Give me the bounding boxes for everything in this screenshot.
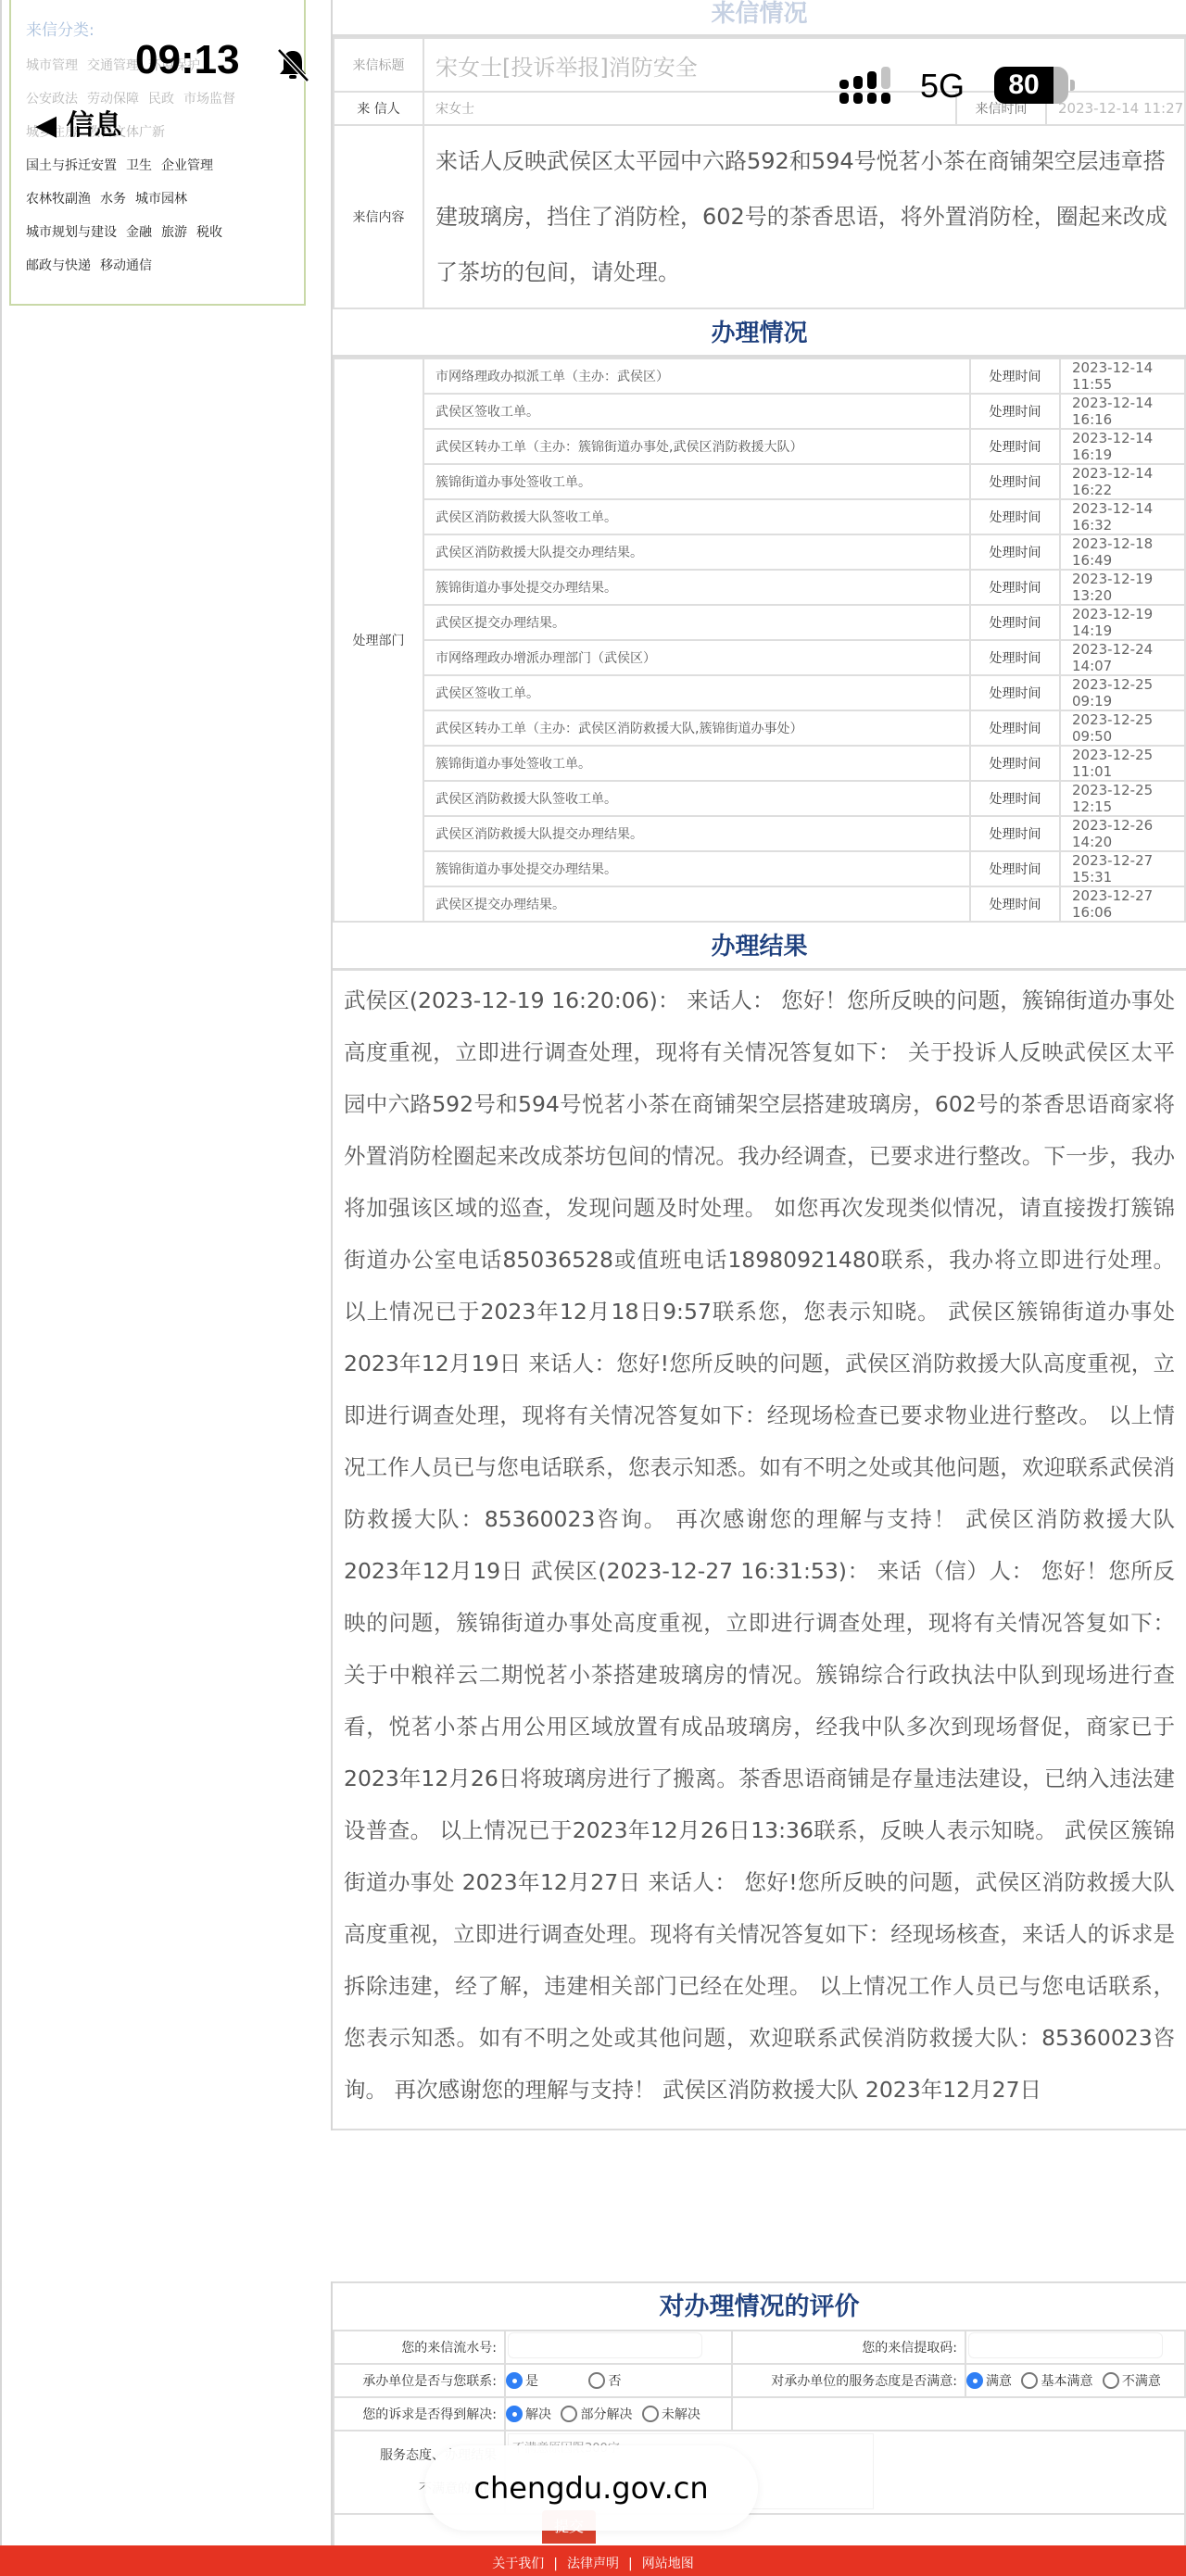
network-type: 5G [920,67,965,106]
table-row: 武侯区消防救援大队提交办理结果。处理时间2023-12-26 14:20 [334,816,1185,851]
process-time: 2023-12-25 09:50 [1060,710,1185,746]
category-link[interactable]: 卫生 [126,158,152,173]
process-time: 2023-12-19 13:20 [1060,570,1185,605]
footer-link-legal[interactable]: 法律声明 [567,2557,619,2571]
evaluation-title: 对办理情况的评价 [333,2281,1186,2330]
footer-link-sitemap[interactable]: 网站地图 [642,2557,694,2571]
table-row: 簇锦街道办事处签收工单。处理时间2023-12-25 11:01 [334,746,1185,781]
process-time-label: 处理时间 [970,816,1060,851]
process-time: 2023-12-14 16:32 [1060,499,1185,534]
serial-input[interactable] [508,2332,702,2358]
letter-section-title: 来信情况 [333,0,1186,37]
category-link[interactable]: 民政 [148,92,174,107]
signal-icon [839,67,904,106]
letter-content-label: 来信内容 [334,125,423,308]
code-input[interactable] [968,2332,1163,2358]
process-time: 2023-12-27 15:31 [1060,851,1185,886]
table-row: 武侯区签收工单。处理时间2023-12-25 09:19 [334,675,1185,710]
process-desc: 武侯区提交办理结果。 [423,886,970,922]
footer: 关于我们|法律声明|网站地图 [0,2545,1186,2576]
process-desc: 簇锦街道办事处签收工单。 [423,746,970,781]
resolved-label: 您的诉求是否得到解决: [334,2397,505,2431]
dept-label: 处理部门 [334,358,423,922]
process-time: 2023-12-24 14:07 [1060,640,1185,675]
attitude-unsatisfied-label: 不满意 [1122,2374,1161,2389]
resolved-partial-label: 部分解决 [580,2407,632,2422]
process-time: 2023-12-25 12:15 [1060,781,1185,816]
process-desc: 武侯区消防救援大队签收工单。 [423,499,970,534]
table-row: 武侯区签收工单。处理时间2023-12-14 16:16 [334,394,1185,429]
battery-tip [1070,80,1075,91]
left-column: 来信分类: 城市管理交通管理环境保护 公安政法劳动保障民政市场监督 城乡住房教科… [0,0,331,2545]
browser-url-bar[interactable]: chengdu.gov.cn [424,2445,758,2531]
attitude-basic-label: 基本满意 [1041,2374,1092,2389]
resolved-yes-radio[interactable] [506,2406,523,2422]
process-desc: 武侯区提交办理结果。 [423,605,970,640]
process-time: 2023-12-25 11:01 [1060,746,1185,781]
process-time-label: 处理时间 [970,394,1060,429]
table-row: 簇锦街道办事处提交办理结果。处理时间2023-12-19 13:20 [334,570,1185,605]
letter-content-value: 来话人反映武侯区太平园中六路592和594号悦茗小茶在商铺架空层违章搭建玻璃房，… [423,125,1185,308]
table-row: 簇锦街道办事处提交办理结果。处理时间2023-12-27 15:31 [334,851,1185,886]
process-time-label: 处理时间 [970,464,1060,499]
letter-title-label: 来信标题 [334,38,423,92]
back-arrow-icon: ◀ [35,109,67,142]
process-time-label: 处理时间 [970,640,1060,675]
back-button[interactable]: ◀ 信息 [35,102,122,143]
process-desc: 武侯区签收工单。 [423,675,970,710]
process-time-label: 处理时间 [970,534,1060,570]
process-time-label: 处理时间 [970,851,1060,886]
process-desc: 武侯区签收工单。 [423,394,970,429]
process-desc: 市网络理政办增派办理部门（武侯区） [423,640,970,675]
resolved-yes-label: 解决 [525,2407,551,2422]
table-row: 武侯区消防救援大队提交办理结果。处理时间2023-12-18 16:49 [334,534,1185,570]
contact-yes-label: 是 [525,2374,538,2389]
process-time: 2023-12-14 16:19 [1060,429,1185,464]
table-row: 武侯区转办工单（主办：武侯区消防救援大队,簇锦街道办事处）处理时间2023-12… [334,710,1185,746]
serial-label: 您的来信流水号: [334,2331,505,2364]
result-section: 办理结果 武侯区(2023-12-19 16:20:06)： 来话人： 您好！您… [331,923,1186,2130]
process-time-label: 处理时间 [970,570,1060,605]
table-row: 市网络理政办增派办理部门（武侯区）处理时间2023-12-24 14:07 [334,640,1185,675]
table-row: 处理部门 市网络理政办拟派工单（主办：武侯区） 处理时间 2023-12-14 … [334,358,1185,394]
result-text: 武侯区(2023-12-19 16:20:06)： 来话人： 您好！您所反映的问… [333,971,1186,2130]
process-time-label: 处理时间 [970,886,1060,922]
category-link[interactable]: 企业管理 [161,158,213,173]
table-row: 武侯区提交办理结果。处理时间2023-12-27 16:06 [334,886,1185,922]
process-time: 2023-12-27 16:06 [1060,886,1185,922]
category-link[interactable]: 国土与拆迁安置 [26,158,117,173]
main-content: 来信情况 来信标题 宋女士[投诉举报]消防安全 来 信人 宋女士 来信时间 20… [331,0,1186,2130]
process-time: 2023-12-14 11:55 [1060,358,1185,394]
process-time-label: 处理时间 [970,605,1060,640]
process-desc: 武侯区消防救援大队提交办理结果。 [423,534,970,570]
contact-no-radio[interactable] [588,2372,605,2389]
process-time-label: 处理时间 [970,358,1060,394]
process-time-label: 处理时间 [970,710,1060,746]
process-time: 2023-12-25 09:19 [1060,675,1185,710]
resolved-no-label: 未解决 [662,2407,700,2422]
process-time-label: 处理时间 [970,429,1060,464]
process-time-label: 处理时间 [970,781,1060,816]
footer-separator: | [553,2557,558,2571]
process-time-label: 处理时间 [970,746,1060,781]
process-time-label: 处理时间 [970,499,1060,534]
category-row: 邮政与快递移动通信 [26,257,289,275]
category-link[interactable]: 农林牧副渔 [26,192,91,207]
category-link[interactable]: 邮政与快递 [26,258,91,273]
attitude-satisfied-radio[interactable] [966,2372,983,2389]
status-time: 09:13 [135,37,240,83]
category-row: 农林牧副渔水务城市园林 [26,190,289,208]
table-row: 武侯区消防救援大队签收工单。处理时间2023-12-25 12:15 [334,781,1185,816]
attitude-label: 对承办单位的服务态度是否满意: [732,2364,965,2397]
process-time: 2023-12-18 16:49 [1060,534,1185,570]
process-table: 处理部门 市网络理政办拟派工单（主办：武侯区） 处理时间 2023-12-14 … [333,358,1186,923]
process-desc: 市网络理政办拟派工单（主办：武侯区） [423,358,970,394]
footer-separator: | [628,2557,633,2571]
category-link[interactable]: 市场监督 [183,92,235,107]
bell-muted-icon [274,46,311,83]
resolved-partial-radio[interactable] [561,2406,577,2422]
process-desc: 武侯区转办工单（主办：武侯区消防救援大队,簇锦街道办事处） [423,710,970,746]
back-label: 信息 [67,109,122,142]
footer-link-about[interactable]: 关于我们 [492,2557,544,2571]
sender-label: 来 信人 [334,92,423,125]
table-row: 武侯区提交办理结果。处理时间2023-12-19 14:19 [334,605,1185,640]
attitude-unsatisfied-radio[interactable] [1103,2372,1119,2389]
table-row: 武侯区转办工单（主办：簇锦街道办事处,武侯区消防救援大队）处理时间2023-12… [334,429,1185,464]
attitude-basic-radio[interactable] [1021,2372,1038,2389]
result-section-title: 办理结果 [333,923,1186,971]
contact-label: 承办单位是否与您联系: [334,2364,505,2397]
category-row: 城市规划与建设金融旅游税收 [26,223,289,242]
category-link[interactable]: 移动通信 [100,258,152,273]
attitude-satisfied-label: 满意 [986,2374,1012,2389]
resolved-no-radio[interactable] [642,2406,659,2422]
process-time: 2023-12-19 14:19 [1060,605,1185,640]
category-link[interactable]: 城市规划与建设 [26,225,117,240]
process-desc: 簇锦街道办事处签收工单。 [423,464,970,499]
process-time: 2023-12-14 16:22 [1060,464,1185,499]
process-time: 2023-12-26 14:20 [1060,816,1185,851]
process-section: 办理情况 处理部门 市网络理政办拟派工单（主办：武侯区） 处理时间 2023-1… [331,309,1186,923]
table-row: 武侯区消防救援大队签收工单。处理时间2023-12-14 16:32 [334,499,1185,534]
contact-yes-radio[interactable] [506,2372,523,2389]
category-link[interactable]: 交通管理 [87,58,139,73]
category-link[interactable]: 城市管理 [26,58,78,73]
battery-level: 80 [994,67,1054,104]
process-desc: 武侯区转办工单（主办：簇锦街道办事处,武侯区消防救援大队） [423,429,970,464]
category-link[interactable]: 金融 [126,225,152,240]
process-desc: 簇锦街道办事处提交办理结果。 [423,851,970,886]
contact-no-label: 否 [608,2374,621,2389]
battery-icon: 80 [994,67,1068,104]
process-desc: 武侯区消防救援大队提交办理结果。 [423,816,970,851]
process-desc: 簇锦街道办事处提交办理结果。 [423,570,970,605]
category-link[interactable]: 城市园林 [135,192,187,207]
table-row: 簇锦街道办事处签收工单。处理时间2023-12-14 16:22 [334,464,1185,499]
category-row: 国土与拆迁安置卫生企业管理 [26,157,289,175]
category-link[interactable]: 旅游 [161,225,187,240]
process-desc: 武侯区消防救援大队签收工单。 [423,781,970,816]
code-label: 您的来信提取码: [732,2331,965,2364]
process-section-title: 办理情况 [333,309,1186,358]
process-time-label: 处理时间 [970,675,1060,710]
letter-section: 来信情况 来信标题 宋女士[投诉举报]消防安全 来 信人 宋女士 来信时间 20… [331,0,1186,309]
process-time: 2023-12-14 16:16 [1060,394,1185,429]
category-link[interactable]: 税收 [196,225,222,240]
category-link[interactable]: 水务 [100,192,126,207]
